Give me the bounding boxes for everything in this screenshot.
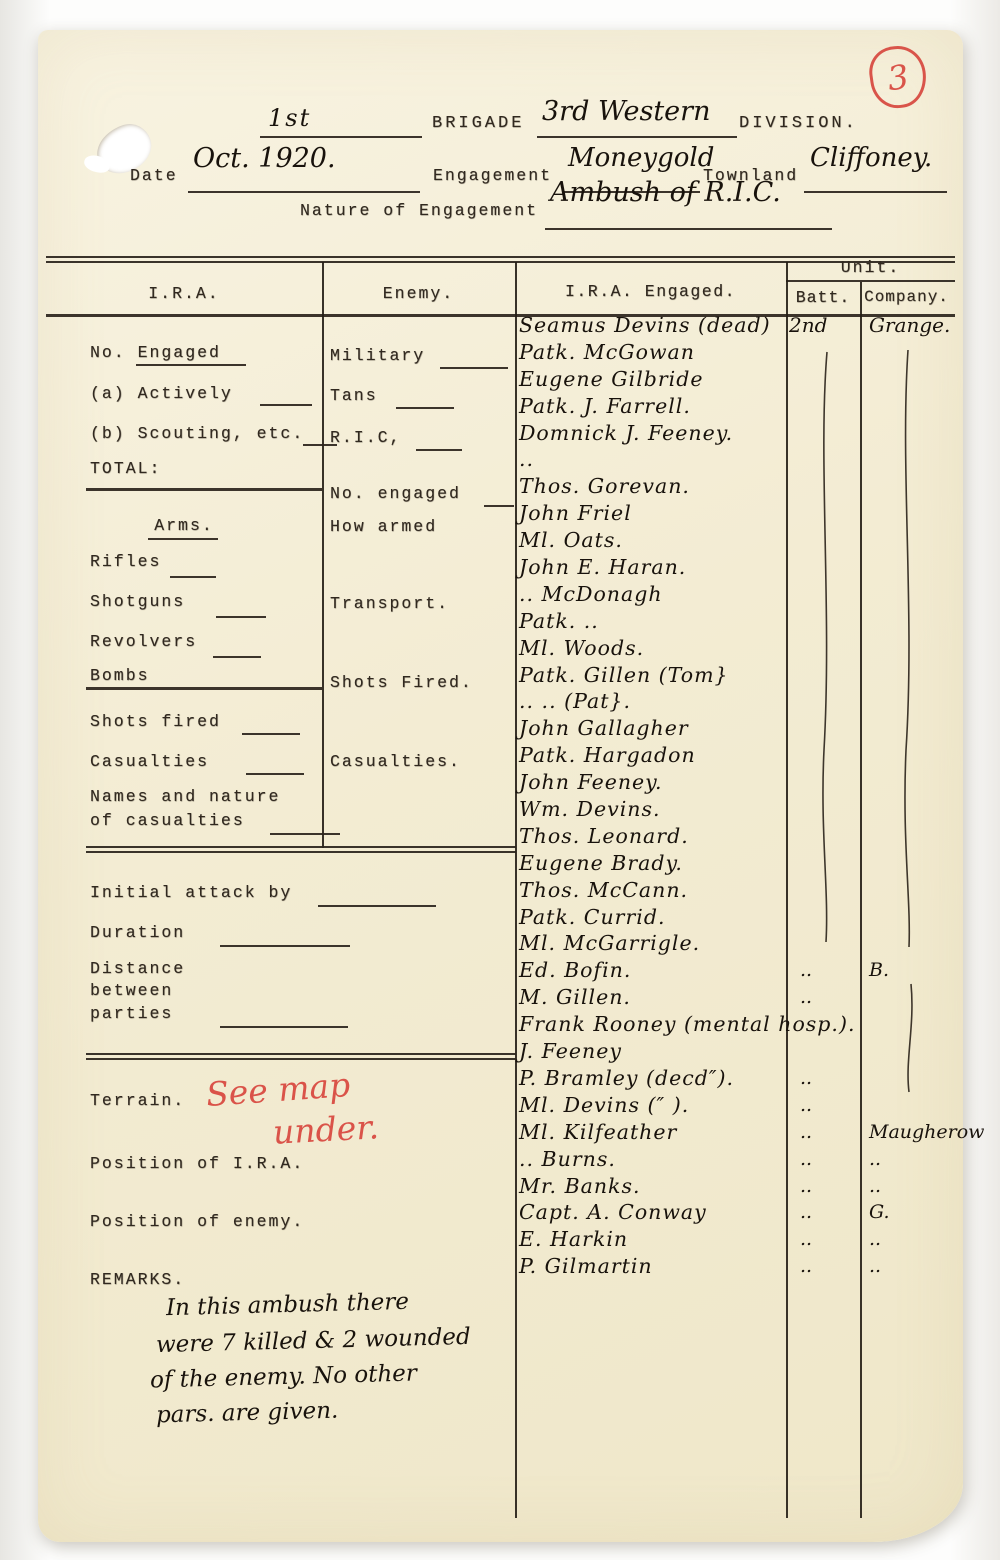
engaged-company bbox=[860, 851, 959, 878]
field-total: TOTAL: bbox=[90, 459, 161, 478]
field-distance-3: parties bbox=[90, 1004, 173, 1023]
engaged-row: P. Bramley (decd″)... bbox=[519, 1066, 959, 1093]
engaged-batt bbox=[786, 501, 860, 528]
engaged-company: B. bbox=[860, 958, 959, 985]
field-ric: R.I.C, bbox=[330, 428, 401, 447]
field-revolvers: Revolvers bbox=[90, 632, 197, 651]
remarks-line-2: were 7 killed & 2 wounded bbox=[156, 1324, 471, 1358]
engaged-row: John Gallagher bbox=[519, 716, 959, 743]
engaged-row: Ed. Bofin...B. bbox=[519, 958, 959, 985]
arms-underline bbox=[148, 538, 218, 540]
engaged-batt: .. bbox=[786, 1066, 860, 1093]
engaged-company bbox=[929, 1012, 1000, 1039]
actively-blank bbox=[260, 404, 312, 406]
field-casualties: Casualties bbox=[90, 752, 209, 771]
engaged-name: Frank Rooney (mental hosp.). bbox=[519, 1012, 855, 1039]
field-scouting: (b) Scouting, etc. bbox=[90, 424, 304, 443]
engaged-row: Patk. Gillen (Tom} bbox=[519, 663, 959, 690]
engaged-rows: Seamus Devins (dead)2ndGrange.Patk. McGo… bbox=[519, 313, 959, 1281]
field-terrain: Terrain. bbox=[90, 1091, 185, 1110]
remarks-line-4: pars. are given. bbox=[156, 1398, 339, 1429]
scanned-document-page: 3 1st BRIGADE 3rd Western DIVISION. Date… bbox=[0, 0, 1000, 1560]
tans-blank bbox=[396, 407, 454, 409]
engaged-name: Patk. .. bbox=[519, 609, 786, 636]
engaged-company: Maugherow bbox=[860, 1120, 984, 1147]
engaged-batt bbox=[786, 743, 860, 770]
col-header-company: Company. bbox=[858, 288, 955, 306]
engaged-row: Thos. Leonard. bbox=[519, 824, 959, 851]
engaged-row: Eugene Gilbride bbox=[519, 367, 959, 394]
field-transport: Transport. bbox=[330, 594, 449, 613]
engaged-batt bbox=[786, 905, 860, 932]
engaged-row: Patk. J. Farrell. bbox=[519, 394, 959, 421]
engaged-batt bbox=[786, 609, 860, 636]
engaged-company bbox=[860, 582, 959, 609]
engaged-name: E. Harkin bbox=[519, 1227, 786, 1254]
engaged-company bbox=[860, 367, 959, 394]
engaged-company bbox=[860, 878, 959, 905]
engaged-name: Thos. Gorevan. bbox=[519, 474, 786, 501]
engaged-company: .. bbox=[860, 1147, 959, 1174]
engaged-name: Ml. McGarrigle. bbox=[519, 931, 786, 958]
engaged-company bbox=[860, 609, 959, 636]
col-header-ira: I.R.A. bbox=[46, 284, 322, 303]
field-names-nature-1: Names and nature bbox=[90, 787, 280, 806]
remarks-label: REMARKS. bbox=[90, 1270, 185, 1289]
engaged-row: Capt. A. Conway..G. bbox=[519, 1200, 959, 1227]
page-number-stamp: 3 bbox=[866, 42, 930, 111]
divider-enemy-engaged bbox=[515, 262, 517, 1518]
engaged-company bbox=[860, 797, 959, 824]
engaged-name: John Friel bbox=[519, 501, 786, 528]
date-label: Date bbox=[130, 166, 178, 185]
townland-underline bbox=[804, 191, 947, 193]
engaged-row: Thos. Gorevan. bbox=[519, 474, 959, 501]
col-header-engaged: I.R.A. Engaged. bbox=[515, 282, 786, 301]
engaged-row: .. McDonagh bbox=[519, 582, 959, 609]
engaged-batt: .. bbox=[786, 1254, 860, 1281]
engaged-name: Patk. J. Farrell. bbox=[519, 394, 786, 421]
engaged-company bbox=[860, 824, 959, 851]
engaged-name: Mr. Banks. bbox=[519, 1174, 786, 1201]
engaged-row: Ml. Devins (″ )... bbox=[519, 1093, 959, 1120]
engaged-company bbox=[860, 636, 959, 663]
section-rule-2 bbox=[86, 1053, 516, 1060]
engaged-row: John Friel bbox=[519, 501, 959, 528]
engaged-company bbox=[860, 421, 959, 448]
engaged-batt bbox=[786, 340, 860, 367]
field-shots-fired: Shots fired bbox=[90, 712, 221, 731]
field-enemy-no-engaged: No. engaged bbox=[330, 484, 461, 503]
engaged-batt bbox=[786, 851, 860, 878]
engaged-company bbox=[860, 501, 959, 528]
shots-fired-blank bbox=[242, 733, 300, 735]
remarks-line-3: of the enemy. No other bbox=[150, 1361, 417, 1394]
unit-header-rule bbox=[786, 280, 955, 282]
nature-label: Nature of Engagement bbox=[300, 201, 538, 220]
field-distance-2: between bbox=[90, 981, 173, 1000]
engaged-row: .. Burns..... bbox=[519, 1147, 959, 1174]
engaged-name: Domnick J. Feeney. bbox=[519, 421, 786, 448]
brigade-underline bbox=[260, 136, 422, 138]
engaged-row: P. Gilmartin.... bbox=[519, 1254, 959, 1281]
engaged-row: Ml. Oats. bbox=[519, 528, 959, 555]
engaged-batt bbox=[855, 1012, 929, 1039]
engaged-row: Mr. Banks..... bbox=[519, 1174, 959, 1201]
engaged-name: .. .. (Pat}. bbox=[519, 689, 786, 716]
engaged-name: .. bbox=[519, 447, 786, 474]
engaged-company bbox=[860, 985, 959, 1012]
engaged-batt bbox=[786, 1039, 860, 1066]
engaged-name: Patk. Currid. bbox=[519, 905, 786, 932]
field-rifles: Rifles bbox=[90, 552, 161, 571]
engaged-name: Ml. Kilfeather bbox=[519, 1120, 786, 1147]
engaged-row: E. Harkin.... bbox=[519, 1227, 959, 1254]
engaged-batt bbox=[786, 716, 860, 743]
engaged-name: Wm. Devins. bbox=[519, 797, 786, 824]
total-rule bbox=[86, 488, 322, 491]
engaged-row: Patk. Currid. bbox=[519, 905, 959, 932]
engaged-company bbox=[860, 770, 959, 797]
engaged-name: Eugene Gilbride bbox=[519, 367, 786, 394]
engagement-label: Engagement bbox=[433, 166, 552, 185]
engaged-name: Patk. McGowan bbox=[519, 340, 786, 367]
engaged-name: Thos. McCann. bbox=[519, 878, 786, 905]
engaged-name: Thos. Leonard. bbox=[519, 824, 786, 851]
engaged-company bbox=[860, 1093, 959, 1120]
engaged-batt bbox=[786, 663, 860, 690]
casualties-blank bbox=[246, 773, 304, 775]
engaged-name: Ed. Bofin. bbox=[519, 958, 786, 985]
engaged-batt bbox=[786, 367, 860, 394]
engaged-batt: .. bbox=[786, 1147, 860, 1174]
engaged-company bbox=[860, 340, 959, 367]
initial-attack-blank bbox=[318, 905, 436, 907]
field-enemy-shots-fired: Shots Fired. bbox=[330, 673, 473, 692]
engaged-name: M. Gillen. bbox=[519, 985, 786, 1012]
duration-blank bbox=[220, 945, 350, 947]
distance-blank bbox=[220, 1026, 348, 1028]
engaged-company bbox=[860, 555, 959, 582]
field-shotguns: Shotguns bbox=[90, 592, 185, 611]
engaged-name: J. Feeney bbox=[519, 1039, 786, 1066]
report-form-paper: 3 1st BRIGADE 3rd Western DIVISION. Date… bbox=[38, 30, 963, 1542]
engaged-company: .. bbox=[860, 1227, 959, 1254]
engaged-company: Grange. bbox=[860, 313, 959, 340]
engaged-company bbox=[860, 528, 959, 555]
engaged-company: .. bbox=[860, 1174, 959, 1201]
engaged-row: Thos. McCann. bbox=[519, 878, 959, 905]
engaged-name: John Feeney. bbox=[519, 770, 786, 797]
engaged-batt: .. bbox=[786, 985, 860, 1012]
col-header-unit: Unit. bbox=[786, 258, 955, 277]
ric-blank bbox=[416, 449, 462, 451]
brigade-number-handwritten: 1st bbox=[268, 104, 311, 132]
engaged-batt: .. bbox=[786, 1174, 860, 1201]
engaged-batt bbox=[786, 797, 860, 824]
field-enemy-casualties: Casualties. bbox=[330, 752, 461, 771]
date-underline bbox=[188, 191, 420, 193]
engaged-name: P. Bramley (decd″). bbox=[519, 1066, 786, 1093]
engaged-name: .. McDonagh bbox=[519, 582, 786, 609]
division-underline bbox=[537, 136, 737, 138]
engaged-company bbox=[860, 689, 959, 716]
section-rule-1 bbox=[86, 846, 516, 853]
shotguns-blank bbox=[216, 616, 266, 618]
engagement-value-handwritten: Moneygold bbox=[568, 143, 714, 173]
engaged-batt: .. bbox=[786, 1227, 860, 1254]
engaged-batt bbox=[786, 878, 860, 905]
engaged-row: Patk. McGowan bbox=[519, 340, 959, 367]
nature-underline bbox=[545, 228, 832, 230]
engaged-company: .. bbox=[860, 1254, 959, 1281]
divider-ira-enemy bbox=[322, 262, 324, 848]
names-nature-blank bbox=[270, 833, 340, 835]
engaged-row: Frank Rooney (mental hosp.). bbox=[519, 1012, 959, 1039]
engaged-row: Patk. Hargadon bbox=[519, 743, 959, 770]
engaged-batt bbox=[786, 636, 860, 663]
division-number-handwritten: 3rd Western bbox=[542, 96, 710, 127]
field-how-armed: How armed bbox=[330, 517, 437, 536]
division-label: DIVISION. bbox=[739, 114, 858, 133]
field-actively: (a) Actively bbox=[90, 384, 233, 403]
engaged-name: Patk. Gillen (Tom} bbox=[519, 663, 786, 690]
engaged-company bbox=[860, 447, 959, 474]
engaged-batt: .. bbox=[786, 958, 860, 985]
field-no-engaged: No. Engaged bbox=[90, 343, 221, 362]
engaged-row: Domnick J. Feeney. bbox=[519, 421, 959, 448]
field-distance-1: Distance bbox=[90, 959, 185, 978]
engaged-name: Ml. Devins (″ ). bbox=[519, 1093, 786, 1120]
engaged-company bbox=[860, 1066, 959, 1093]
field-names-nature-2: of casualties bbox=[90, 811, 245, 830]
engaged-name: Ml. Oats. bbox=[519, 528, 786, 555]
field-tans: Tans bbox=[330, 386, 378, 405]
engaged-company bbox=[860, 394, 959, 421]
engaged-batt bbox=[786, 394, 860, 421]
engaged-name: Eugene Brady. bbox=[519, 851, 786, 878]
engaged-row: .. .. (Pat}. bbox=[519, 689, 959, 716]
engaged-company bbox=[860, 716, 959, 743]
rifles-blank bbox=[170, 576, 216, 578]
field-position-enemy: Position of enemy. bbox=[90, 1212, 304, 1231]
date-value-handwritten: Oct. 1920. bbox=[193, 143, 336, 174]
engaged-batt bbox=[786, 555, 860, 582]
field-military: Military bbox=[330, 346, 425, 365]
engaged-company bbox=[860, 905, 959, 932]
engaged-row: Ml. Woods. bbox=[519, 636, 959, 663]
engaged-batt bbox=[786, 474, 860, 501]
engaged-name: .. Burns. bbox=[519, 1147, 786, 1174]
engaged-name: P. Gilmartin bbox=[519, 1254, 786, 1281]
engaged-batt: .. bbox=[786, 1093, 860, 1120]
engaged-name: Ml. Woods. bbox=[519, 636, 786, 663]
engaged-batt bbox=[786, 528, 860, 555]
engaged-row: John Feeney. bbox=[519, 770, 959, 797]
engaged-name: John Gallagher bbox=[519, 716, 786, 743]
col-header-batt: Batt. bbox=[786, 288, 860, 307]
engaged-name: Seamus Devins (dead) bbox=[519, 313, 786, 340]
no-engaged-underline bbox=[136, 364, 246, 366]
field-duration: Duration bbox=[90, 923, 185, 942]
engaged-row: M. Gillen... bbox=[519, 985, 959, 1012]
engaged-row: J. Feeney bbox=[519, 1039, 959, 1066]
engaged-name: John E. Haran. bbox=[519, 555, 786, 582]
engaged-company bbox=[860, 743, 959, 770]
engaged-row: Seamus Devins (dead)2ndGrange. bbox=[519, 313, 959, 340]
engaged-batt bbox=[786, 824, 860, 851]
engaged-row: John E. Haran. bbox=[519, 555, 959, 582]
engaged-row: Eugene Brady. bbox=[519, 851, 959, 878]
townland-value-handwritten: Cliffoney. bbox=[810, 143, 932, 173]
field-position-ira: Position of I.R.A. bbox=[90, 1154, 304, 1173]
engaged-batt: .. bbox=[786, 1120, 860, 1147]
engaged-batt bbox=[786, 582, 860, 609]
engaged-row: .. bbox=[519, 447, 959, 474]
brigade-label: BRIGADE bbox=[432, 114, 524, 133]
field-initial-attack: Initial attack by bbox=[90, 883, 292, 902]
field-bombs: Bombs bbox=[90, 666, 150, 685]
enemy-no-engaged-blank bbox=[484, 505, 514, 507]
engaged-row: Wm. Devins. bbox=[519, 797, 959, 824]
engaged-row: Patk. .. bbox=[519, 609, 959, 636]
engaged-row: Ml. Kilfeather..Maugherow bbox=[519, 1120, 959, 1147]
arms-heading: Arms. bbox=[46, 516, 322, 535]
engaged-batt bbox=[786, 689, 860, 716]
terrain-note-line2: under. bbox=[272, 1107, 380, 1151]
engaged-company bbox=[860, 1039, 959, 1066]
engaged-batt bbox=[786, 421, 860, 448]
terrain-note-line1: See map bbox=[205, 1065, 352, 1114]
bombs-rule bbox=[86, 687, 322, 690]
engaged-batt bbox=[786, 447, 860, 474]
col-header-enemy: Enemy. bbox=[322, 284, 515, 303]
page-number: 3 bbox=[885, 56, 911, 98]
engaged-company: G. bbox=[860, 1200, 959, 1227]
nature-value-handwritten: Ambush of R.I.C. bbox=[550, 177, 781, 208]
engaged-name: Patk. Hargadon bbox=[519, 743, 786, 770]
remarks-line-1: In this ambush there bbox=[166, 1289, 410, 1321]
engaged-company bbox=[860, 474, 959, 501]
engaged-row: Ml. McGarrigle. bbox=[519, 931, 959, 958]
revolvers-blank bbox=[213, 656, 261, 658]
engaged-batt bbox=[786, 770, 860, 797]
military-blank bbox=[440, 367, 508, 369]
engaged-company bbox=[860, 663, 959, 690]
engaged-batt bbox=[786, 931, 860, 958]
engaged-batt: 2nd bbox=[786, 313, 860, 340]
engaged-name: Capt. A. Conway bbox=[519, 1200, 786, 1227]
engaged-batt: .. bbox=[786, 1200, 860, 1227]
engaged-company bbox=[860, 931, 959, 958]
